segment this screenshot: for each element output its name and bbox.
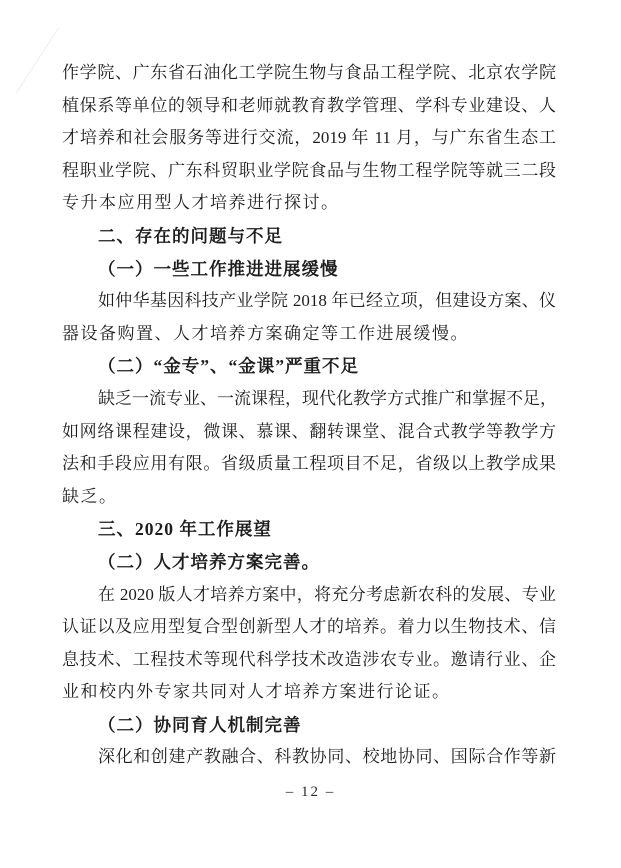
paragraph: 如仲华基因科技产业学院 2018 年已经立项，但建设方案、仪 器设备购置、人才培… xyxy=(62,285,556,350)
heading-2020-outlook: 三、2020 年工作展望 xyxy=(62,513,556,546)
paragraph-line: 深化和创建产教融合、科教协同、校地协同、国际合作等新 xyxy=(62,741,556,774)
paragraph-line: 法和手段应用有限。省级质量工程项目不足，省级以上教学成果 xyxy=(62,448,556,481)
heading-collaborative-education: （二）协同育人机制完善 xyxy=(62,709,556,742)
paragraph-line: 专升本应用型人才培养进行探讨。 xyxy=(62,187,556,220)
paragraph-line: 才培养和社会服务等进行交流，2019 年 11 月，与广东省生态工 xyxy=(62,122,556,155)
paragraph-line: 作学院、广东省石油化工学院生物与食品工程学院、北京农学院 xyxy=(62,57,556,90)
paragraph-line: 业和校内外专家共同对人才培养方案进行论证。 xyxy=(62,676,556,709)
heading-talent-plan-improvement: （二）人才培养方案完善。 xyxy=(62,546,556,579)
document-page: 作学院、广东省石油化工学院生物与食品工程学院、北京农学院 植保系等单位的领导和老… xyxy=(0,0,621,868)
paragraph-line: 植保系等单位的领导和老师就教育教学管理、学科专业建设、人 xyxy=(62,90,556,123)
paragraph-line: 如网络课程建设，微课、慕课、翻转课堂、混合式教学等教学方 xyxy=(62,416,556,449)
paragraph-line: 器设备购置、人才培养方案确定等工作进展缓慢。 xyxy=(62,318,556,351)
paragraph: 作学院、广东省石油化工学院生物与食品工程学院、北京农学院 植保系等单位的领导和老… xyxy=(62,57,556,220)
paragraph: 缺乏一流专业、一流课程，现代化教学方式推广和掌握不足， 如网络课程建设，微课、慕… xyxy=(62,383,556,513)
paragraph: 深化和创建产教融合、科教协同、校地协同、国际合作等新 xyxy=(62,741,556,774)
paragraph-line: 如仲华基因科技产业学院 2018 年已经立项，但建设方案、仪 xyxy=(62,285,556,318)
paragraph-line: 程职业学院、广东科贸职业学院食品与生物工程学院等就三二段 xyxy=(62,155,556,188)
heading-golden-courses-shortage: （二）“金专”、“金课”严重不足 xyxy=(62,350,556,383)
paragraph: 在 2020 版人才培养方案中，将充分考虑新农科的发展、专业 认证以及应用型复合… xyxy=(62,579,556,709)
heading-problems-section: 二、存在的问题与不足 xyxy=(62,220,556,253)
paragraph-line: 在 2020 版人才培养方案中，将充分考虑新农科的发展、专业 xyxy=(62,579,556,612)
scan-edge-artifact xyxy=(16,28,59,94)
paragraph-line: 息技术、工程技术等现代科学技术改造涉农专业。邀请行业、企 xyxy=(62,644,556,677)
page-number: – 12 – xyxy=(0,784,621,801)
paragraph-line: 认证以及应用型复合型创新型人才的培养。着力以生物技术、信 xyxy=(62,611,556,644)
paragraph-line: 缺乏。 xyxy=(62,481,556,514)
paragraph-line: 缺乏一流专业、一流课程，现代化教学方式推广和掌握不足， xyxy=(62,383,556,416)
heading-slow-progress: （一）一些工作推进进展缓慢 xyxy=(62,253,556,286)
document-body: 作学院、广东省石油化工学院生物与食品工程学院、北京农学院 植保系等单位的领导和老… xyxy=(62,57,556,774)
